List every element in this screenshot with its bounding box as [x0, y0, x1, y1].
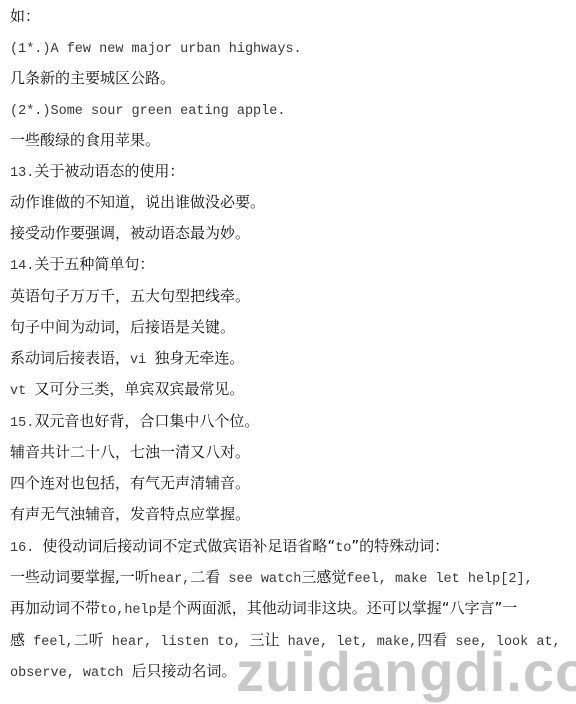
text-line: 14.关于五种简单句：	[10, 254, 154, 277]
text-line: (2*.)Some sour green eating apple.	[10, 99, 285, 122]
chinese-text-segment: 四个连对也包括，有气无声清辅音。	[10, 474, 250, 492]
chinese-text-segment: 二看	[190, 568, 220, 586]
latin-text-segment: hear,	[150, 572, 191, 587]
latin-text-segment: to,help	[100, 603, 157, 618]
chinese-text-segment: 系动词后接表语，	[10, 349, 130, 367]
chinese-text-segment: 二听	[74, 631, 104, 649]
text-line: 13.关于被动语态的使用：	[10, 161, 184, 184]
text-line: 一些动词要掌握,一听hear,二看 see watch三感觉feel, make…	[10, 567, 533, 590]
text-line: 英语句子万万千，五大句型把线牵。	[10, 286, 250, 306]
chinese-text-segment: 使役动词后接动词不定式做宾语补足语省略“	[42, 537, 335, 555]
chinese-text-segment: 英语句子万万千，五大句型把线牵。	[10, 287, 250, 305]
latin-text-segment: vi	[130, 353, 154, 368]
latin-text-segment: to	[335, 541, 351, 556]
latin-text-segment: observe, watch	[10, 666, 132, 681]
latin-text-segment: 13.	[10, 166, 34, 181]
text-line: 接受动作要强调，被动语态最为妙。	[10, 223, 250, 243]
text-line: vt 又可分三类，单宾双宾最常见。	[10, 379, 244, 402]
watermark: zuidangdi.com	[236, 640, 576, 704]
chinese-text-segment: 双元音也好背，合口集中八个位。	[34, 412, 259, 430]
chinese-text-segment: 如：	[10, 7, 40, 25]
latin-text-segment: feel, make let help[2],	[346, 572, 532, 587]
latin-text-segment: see watch	[220, 572, 301, 587]
chinese-text-segment: ”的特殊动词：	[351, 537, 449, 555]
latin-text-segment: (2*.)Some sour green eating apple.	[10, 104, 285, 119]
chinese-text-segment: 是个两面派，其他动词非这块。还可以掌握“八字言”一	[157, 599, 518, 617]
chinese-text-segment: 有声无气浊辅音，发音特点应掌握。	[10, 505, 250, 523]
latin-text-segment: 15.	[10, 416, 34, 431]
text-line: 句子中间为动词，后接语是关键。	[10, 317, 235, 337]
latin-text-segment: (1*.)A few new major urban highways.	[10, 42, 302, 57]
chinese-text-segment: 辅音共计二十八，七浊一清又八对。	[10, 443, 250, 461]
chinese-text-segment: 接受动作要强调，被动语态最为妙。	[10, 224, 250, 242]
text-line: 几条新的主要城区公路。	[10, 68, 175, 88]
text-line: 四个连对也包括，有气无声清辅音。	[10, 473, 250, 493]
text-line: 一些酸绿的食用苹果。	[10, 130, 160, 150]
latin-text-segment: hear, listen to,	[104, 635, 250, 650]
chinese-text-segment: 关于五种简单句：	[34, 255, 154, 273]
text-line: observe, watch 后只接动名词。	[10, 661, 237, 684]
chinese-text-segment: 几条新的主要城区公路。	[10, 69, 175, 87]
text-line: (1*.)A few new major urban highways.	[10, 37, 302, 60]
chinese-text-segment: 独身无牵连。	[154, 349, 244, 367]
chinese-text-segment: 又可分三类，单宾双宾最常见。	[34, 380, 244, 398]
chinese-text-segment: 再加动词不带	[10, 599, 100, 617]
latin-text-segment: vt	[10, 384, 34, 399]
text-line: 再加动词不带to,help是个两面派，其他动词非这块。还可以掌握“八字言”一	[10, 598, 517, 621]
chinese-text-segment: 动作谁做的不知道，说出谁做没必要。	[10, 193, 265, 211]
chinese-text-segment: 三感觉	[301, 568, 346, 586]
text-line: 动作谁做的不知道，说出谁做没必要。	[10, 192, 265, 212]
chinese-text-segment: 一些动词要掌握,一听	[10, 568, 150, 586]
text-line: 系动词后接表语，vi 独身无牵连。	[10, 348, 244, 371]
latin-text-segment: feel,	[25, 635, 74, 650]
chinese-text-segment: 一些酸绿的食用苹果。	[10, 131, 160, 149]
chinese-text-segment: 关于被动语态的使用：	[34, 162, 184, 180]
text-line: 15.双元音也好背，合口集中八个位。	[10, 411, 259, 434]
text-line: 有声无气浊辅音，发音特点应掌握。	[10, 504, 250, 524]
latin-text-segment: 14.	[10, 259, 34, 274]
text-line: 16. 使役动词后接动词不定式做宾语补足语省略“to”的特殊动词：	[10, 536, 449, 559]
chinese-text-segment: 感	[10, 631, 25, 649]
chinese-text-segment: 后只接动名词。	[132, 662, 237, 680]
text-line: 如：	[10, 6, 40, 26]
text-line: 辅音共计二十八，七浊一清又八对。	[10, 442, 250, 462]
latin-text-segment: 16.	[10, 541, 42, 556]
chinese-text-segment: 句子中间为动词，后接语是关键。	[10, 318, 235, 336]
